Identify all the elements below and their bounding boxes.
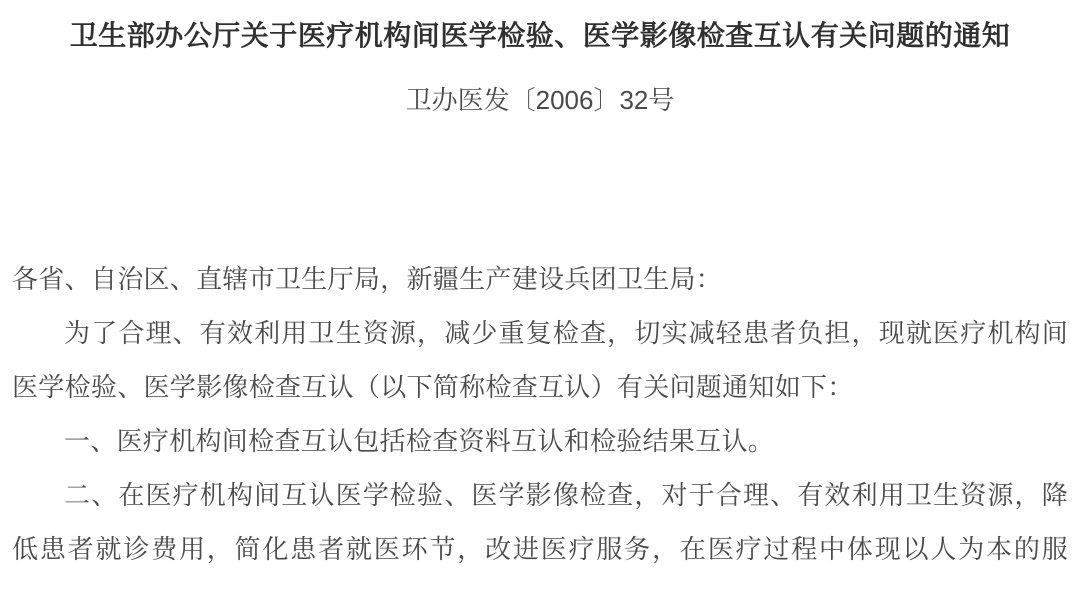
body-line: 各省、自治区、直辖市卫生厅局，新疆生产建设兵团卫生局：: [12, 252, 1068, 306]
body-line: 为了合理、有效利用卫生资源，减少重复检查，切实减轻患者负担，现就医疗机构间: [12, 306, 1068, 360]
document-number: 卫办医发〔2006〕32号: [12, 82, 1068, 118]
body-line: 医学检验、医学影像检查互认（以下简称检查互认）有关问题通知如下：: [12, 360, 1068, 414]
body-line: 二、在医疗机构间互认医学检验、医学影像检查，对于合理、有效利用卫生资源，降: [12, 468, 1068, 522]
document-body: 各省、自治区、直辖市卫生厅局，新疆生产建设兵团卫生局：为了合理、有效利用卫生资源…: [12, 252, 1068, 576]
document-title: 卫生部办公厅关于医疗机构间医学检验、医学影像检查互认有关问题的通知: [12, 0, 1068, 56]
notice-document-page: 卫生部办公厅关于医疗机构间医学检验、医学影像检查互认有关问题的通知 卫办医发〔2…: [0, 0, 1080, 593]
body-line: 低患者就诊费用，简化患者就医环节，改进医疗服务，在医疗过程中体现以人为本的服: [12, 522, 1068, 576]
body-line: 一、医疗机构间检查互认包括检查资料互认和检验结果互认。: [12, 414, 1068, 468]
